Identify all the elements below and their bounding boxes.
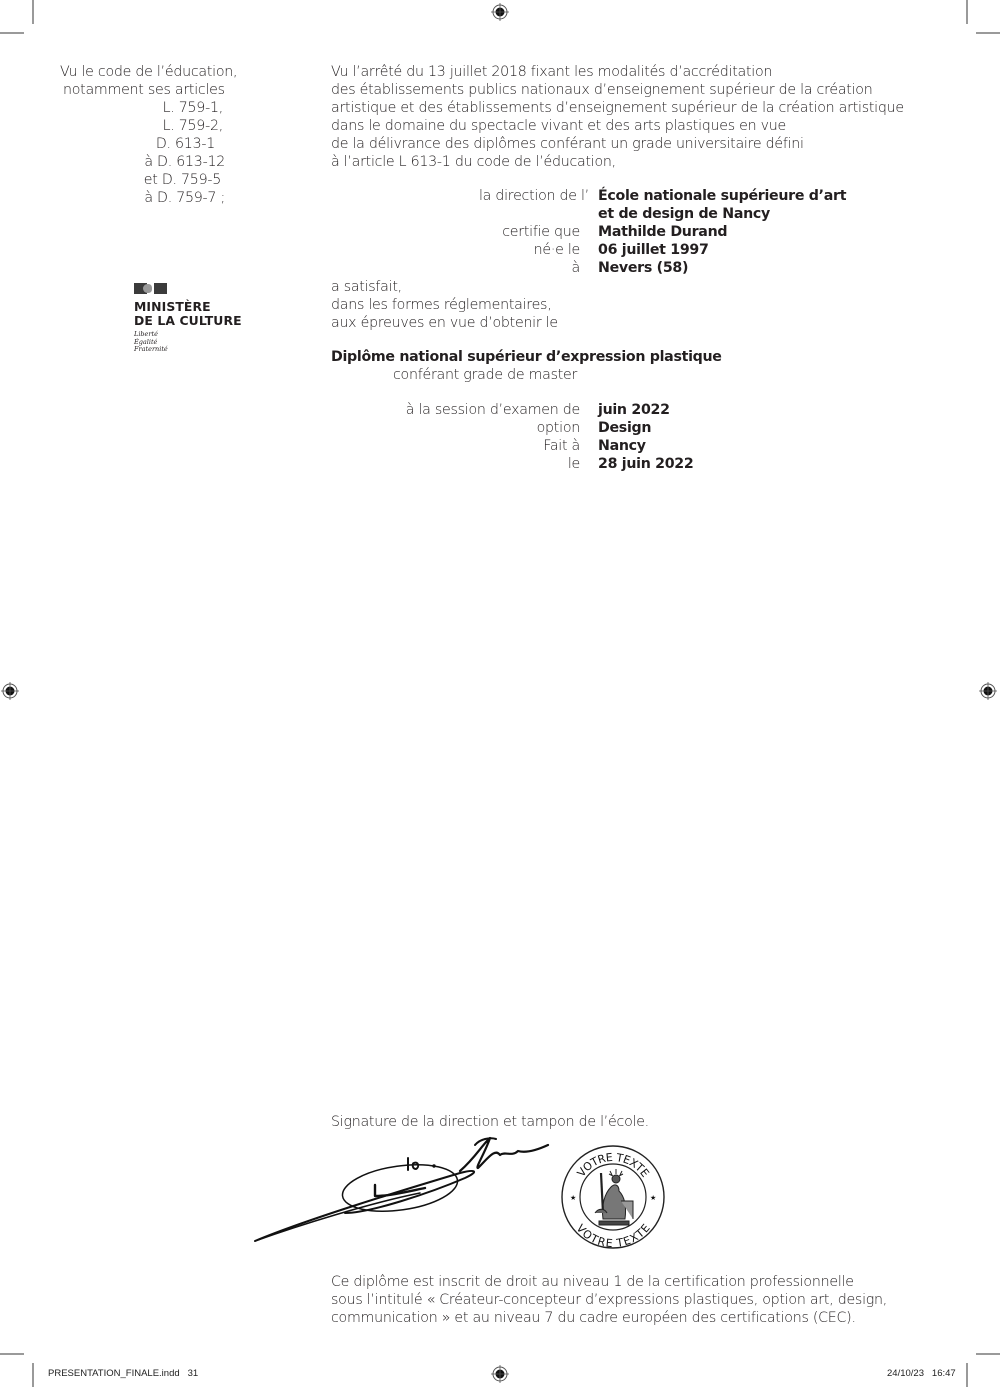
crop-mark-top-left-horizontal (0, 32, 24, 34)
svg-text:★: ★ (650, 1194, 656, 1202)
birthdate-row: né·e le 06 juillet 1997 (0, 241, 1000, 259)
place-value: Nancy (598, 437, 646, 455)
legal-reference-line: Vu le code de l’éducation, (60, 63, 260, 81)
school-stamp-icon: VOTRE TEXTE VOTRE TEXTE ★ ★ (559, 1143, 667, 1251)
svg-text:★: ★ (570, 1194, 576, 1202)
registration-mark-top-icon (491, 3, 509, 21)
logo-motto: Liberté Égalité Fraternité (134, 331, 254, 354)
article-item: L. 759-2, (60, 117, 225, 135)
ministere-culture-logo: MINISTÈRE DE LA CULTURE Liberté Égalité … (134, 283, 254, 354)
date-label: le (568, 455, 580, 473)
birthdate-value: 06 juillet 1997 (598, 241, 709, 259)
institution-row-cont: et de design de Nancy (0, 205, 1000, 223)
birthdate-label: né·e le (534, 241, 580, 259)
registration-mark-right-icon (979, 682, 997, 700)
page-number: 31 (188, 1368, 199, 1379)
option-row: option Design (0, 419, 1000, 437)
crop-mark-top-right-vertical (966, 0, 968, 24)
article-item: à D. 613-12 (60, 153, 225, 171)
crop-mark-top-left-vertical (32, 0, 34, 24)
institution-row: la direction de l’ École nationale supér… (0, 187, 1000, 205)
signature-icon (250, 1133, 560, 1248)
birthplace-value: Nevers (58) (598, 259, 688, 277)
signature-caption: Signature de la direction et tampon de l… (331, 1113, 649, 1131)
session-label: à la session d’examen de (406, 401, 580, 419)
svg-text:VOTRE TEXTE: VOTRE TEXTE (574, 1222, 653, 1251)
session-block: à la session d’examen de juin 2022 optio… (0, 401, 1000, 473)
birthplace-row: à Nevers (58) (0, 259, 1000, 277)
indd-file-name: PRESENTATION_FINALE.indd (48, 1368, 180, 1379)
graduate-name: Mathilde Durand (598, 223, 727, 241)
crop-mark-bottom-left-horizontal (0, 1353, 24, 1355)
session-value: juin 2022 (598, 401, 670, 419)
article-item: L. 759-1, (60, 99, 225, 117)
diploma-title: Diplôme national supérieur d’expression … (331, 348, 722, 366)
birthplace-label: à (572, 259, 580, 277)
print-slug-left: PRESENTATION_FINALE.indd 31 (48, 1368, 198, 1379)
institution-value-cont: et de design de Nancy (598, 205, 770, 223)
print-date: 24/10/23 (887, 1368, 924, 1379)
registration-mark-left-icon (1, 682, 19, 700)
logo-name-line2: DE LA CULTURE (134, 314, 254, 328)
decree-paragraph: Vu l’arrêté du 13 juillet 2018 fixant le… (331, 63, 904, 171)
marianne-flag-icon (134, 283, 167, 294)
crop-mark-bottom-left-vertical (32, 1363, 34, 1387)
logo-name-line1: MINISTÈRE (134, 300, 254, 314)
diploma-grade: conférant grade de master (393, 366, 577, 384)
date-value: 28 juin 2022 (598, 455, 693, 473)
certification-note: Ce diplôme est inscrit de droit au nivea… (331, 1273, 887, 1327)
svg-text:VOTRE TEXTE: VOTRE TEXTE (575, 1151, 652, 1180)
graduate-row: certifie que Mathilde Durand (0, 223, 1000, 241)
crop-mark-bottom-right-vertical (966, 1363, 968, 1387)
print-slug-right: 24/10/23 16:47 (887, 1368, 956, 1379)
date-row: le 28 juin 2022 (0, 455, 1000, 473)
session-row: à la session d’examen de juin 2022 (0, 401, 1000, 419)
print-time: 16:47 (932, 1368, 956, 1379)
crop-mark-bottom-right-horizontal (976, 1353, 1000, 1355)
place-label: Fait à (543, 437, 580, 455)
graduate-label: certifie que (502, 223, 580, 241)
legal-reference-line: notamment ses articles (60, 81, 260, 99)
institution-value: École nationale supérieure d’art (598, 187, 846, 205)
institution-label: la direction de l’ (479, 187, 589, 205)
option-label: option (537, 419, 580, 437)
certification-block: la direction de l’ École nationale supér… (0, 187, 1000, 277)
satisfied-paragraph: a satisfait, dans les formes réglementai… (331, 278, 558, 332)
option-value: Design (598, 419, 651, 437)
registration-mark-bottom-icon (491, 1365, 509, 1383)
crop-mark-top-right-horizontal (976, 32, 1000, 34)
article-item: D. 613-1 (60, 135, 225, 153)
legal-references: Vu le code de l’éducation, notamment ses… (60, 63, 260, 99)
place-row: Fait à Nancy (0, 437, 1000, 455)
